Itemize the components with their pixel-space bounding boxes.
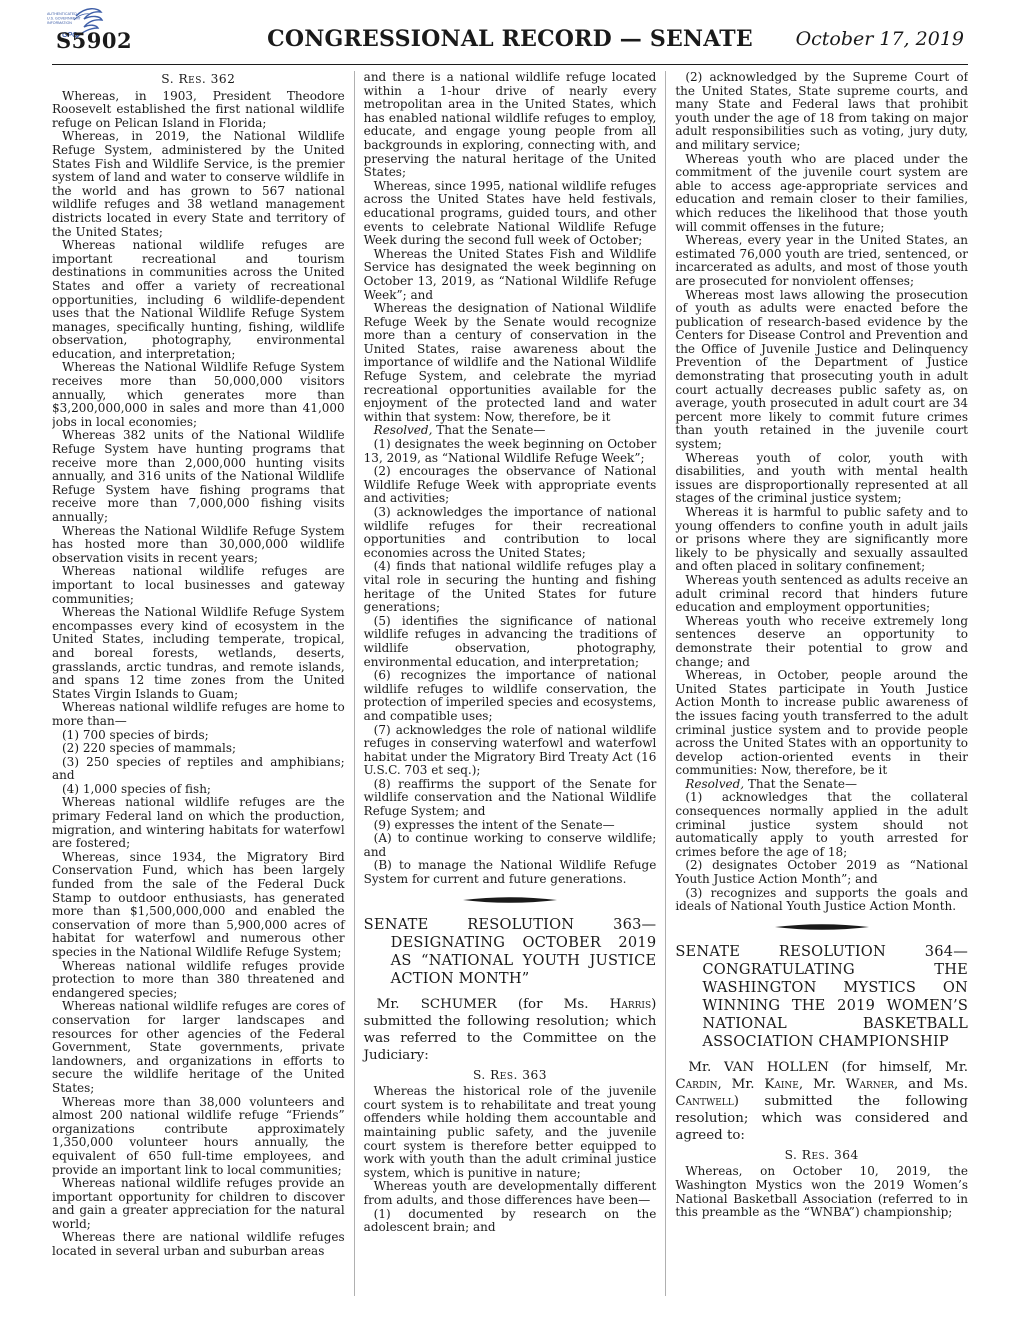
resolution-number-heading: S. Res. 364 xyxy=(675,1149,968,1163)
paragraph: Whereas the National Wildlife Refuge Sys… xyxy=(52,606,345,701)
section-separator xyxy=(364,896,657,904)
paragraph: Whereas, in 1903, President Theodore Roo… xyxy=(52,90,345,131)
paragraph: Whereas, on October 10, 2019, the Washin… xyxy=(675,1165,968,1219)
paragraph: (6) recognizes the importance of nationa… xyxy=(364,669,657,723)
issue-date: October 17, 2019 xyxy=(796,28,964,50)
paragraph: (9) expresses the intent of the Senate— xyxy=(364,819,657,833)
paragraph: Whereas, in 2019, the National Wildlife … xyxy=(52,130,345,239)
paragraph: (2) designates October 2019 as “National… xyxy=(675,859,968,886)
column-1: S. Res. 362Whereas, in 1903, President T… xyxy=(52,71,354,1296)
page-header: S5902 CONGRESSIONAL RECORD — SENATE Octo… xyxy=(0,0,1020,64)
paragraph: Whereas national wildlife refuges are th… xyxy=(52,796,345,850)
column-3: (2) acknowledged by the Supreme Court of… xyxy=(665,71,968,1296)
paragraph: Whereas youth of color, youth with disab… xyxy=(675,452,968,506)
paragraph: Whereas the National Wildlife Refuge Sys… xyxy=(52,525,345,566)
paragraph: (A) to continue working to conserve wild… xyxy=(364,832,657,859)
column-2: and there is a national wildlife refuge … xyxy=(354,71,666,1296)
paragraph: Whereas the National Wildlife Refuge Sys… xyxy=(52,361,345,429)
sponsor-paragraph: Mr. VAN HOLLEN (for himself, Mr. Cardin,… xyxy=(675,1060,968,1144)
paragraph: (1) documented by research on the adoles… xyxy=(364,1208,657,1235)
paragraph: (1) designates the week beginning on Oct… xyxy=(364,438,657,465)
paragraph: (4) finds that national wildlife refuges… xyxy=(364,560,657,614)
paragraph: Whereas 382 units of the National Wildli… xyxy=(52,429,345,524)
paragraph: Whereas there are national wildlife refu… xyxy=(52,1231,345,1258)
paragraph: Whereas, every year in the United States… xyxy=(675,234,968,288)
resolution-number-heading: S. Res. 362 xyxy=(52,73,345,87)
paragraph: (4) 1,000 species of fish; xyxy=(52,783,345,797)
paragraph: Whereas, since 1934, the Migratory Bird … xyxy=(52,851,345,960)
text-columns: S. Res. 362Whereas, in 1903, President T… xyxy=(52,71,968,1296)
section-heading: SENATE RESOLUTION 364—CONGRATULATING THE… xyxy=(675,943,968,1052)
paragraph: Whereas, since 1995, national wildlife r… xyxy=(364,180,657,248)
paragraph: Whereas national wildlife refuges are im… xyxy=(52,239,345,361)
paragraph: Whereas the designation of National Wild… xyxy=(364,302,657,424)
congressional-record-page: AUTHENTICATED U.S. GOVERNMENT INFORMATIO… xyxy=(0,0,1020,1320)
paragraph: (B) to manage the National Wildlife Refu… xyxy=(364,859,657,886)
paragraph: Whereas more than 38,000 volunteers and … xyxy=(52,1096,345,1178)
paragraph: Whereas national wildlife refuges are im… xyxy=(52,565,345,606)
paragraph: (8) reaffirms the support of the Senate … xyxy=(364,778,657,819)
paragraph: Whereas youth who receive extremely long… xyxy=(675,615,968,669)
paragraph: Resolved, That the Senate— xyxy=(675,778,968,792)
paragraph: Whereas youth who are placed under the c… xyxy=(675,153,968,235)
paragraph: (3) recognizes and supports the goals an… xyxy=(675,887,968,914)
paragraph: (2) encourages the observance of Nationa… xyxy=(364,465,657,506)
paragraph: Whereas national wildlife refuges provid… xyxy=(52,1177,345,1231)
paragraph: (2) 220 species of mammals; xyxy=(52,742,345,756)
sponsor-paragraph: Mr. SCHUMER (for Ms. Harris) submitted t… xyxy=(364,997,657,1065)
paragraph: and there is a national wildlife refuge … xyxy=(364,71,657,180)
paragraph: Whereas it is harmful to public safety a… xyxy=(675,506,968,574)
resolution-number-heading: S. Res. 363 xyxy=(364,1069,657,1083)
section-heading: SENATE RESOLUTION 363—DESIGNATING OCTOBE… xyxy=(364,916,657,988)
header-rule xyxy=(52,64,968,65)
paragraph: (2) acknowledged by the Supreme Court of… xyxy=(675,71,968,153)
paragraph: Whereas national wildlife refuges are co… xyxy=(52,1000,345,1095)
paragraph: (3) 250 species of reptiles and amphibia… xyxy=(52,756,345,783)
paragraph: Whereas youth sentenced as adults receiv… xyxy=(675,574,968,615)
paragraph: Whereas national wildlife refuges provid… xyxy=(52,960,345,1001)
paragraph: Whereas national wildlife refuges are ho… xyxy=(52,701,345,728)
paragraph: Whereas, in October, people around the U… xyxy=(675,669,968,778)
section-separator xyxy=(675,923,968,931)
paragraph: Whereas youth are developmentally differ… xyxy=(364,1180,657,1207)
paragraph: Resolved, That the Senate— xyxy=(364,424,657,438)
paragraph: Whereas the United States Fish and Wildl… xyxy=(364,248,657,302)
paragraph: Whereas the historical role of the juven… xyxy=(364,1085,657,1180)
paragraph: (5) identifies the significance of natio… xyxy=(364,615,657,669)
paragraph: (1) acknowledges that the collateral con… xyxy=(675,791,968,859)
paragraph: (3) acknowledges the importance of natio… xyxy=(364,506,657,560)
paragraph: Whereas most laws allowing the prosecuti… xyxy=(675,289,968,452)
paragraph: (7) acknowledges the role of national wi… xyxy=(364,724,657,778)
paragraph: (1) 700 species of birds; xyxy=(52,729,345,743)
